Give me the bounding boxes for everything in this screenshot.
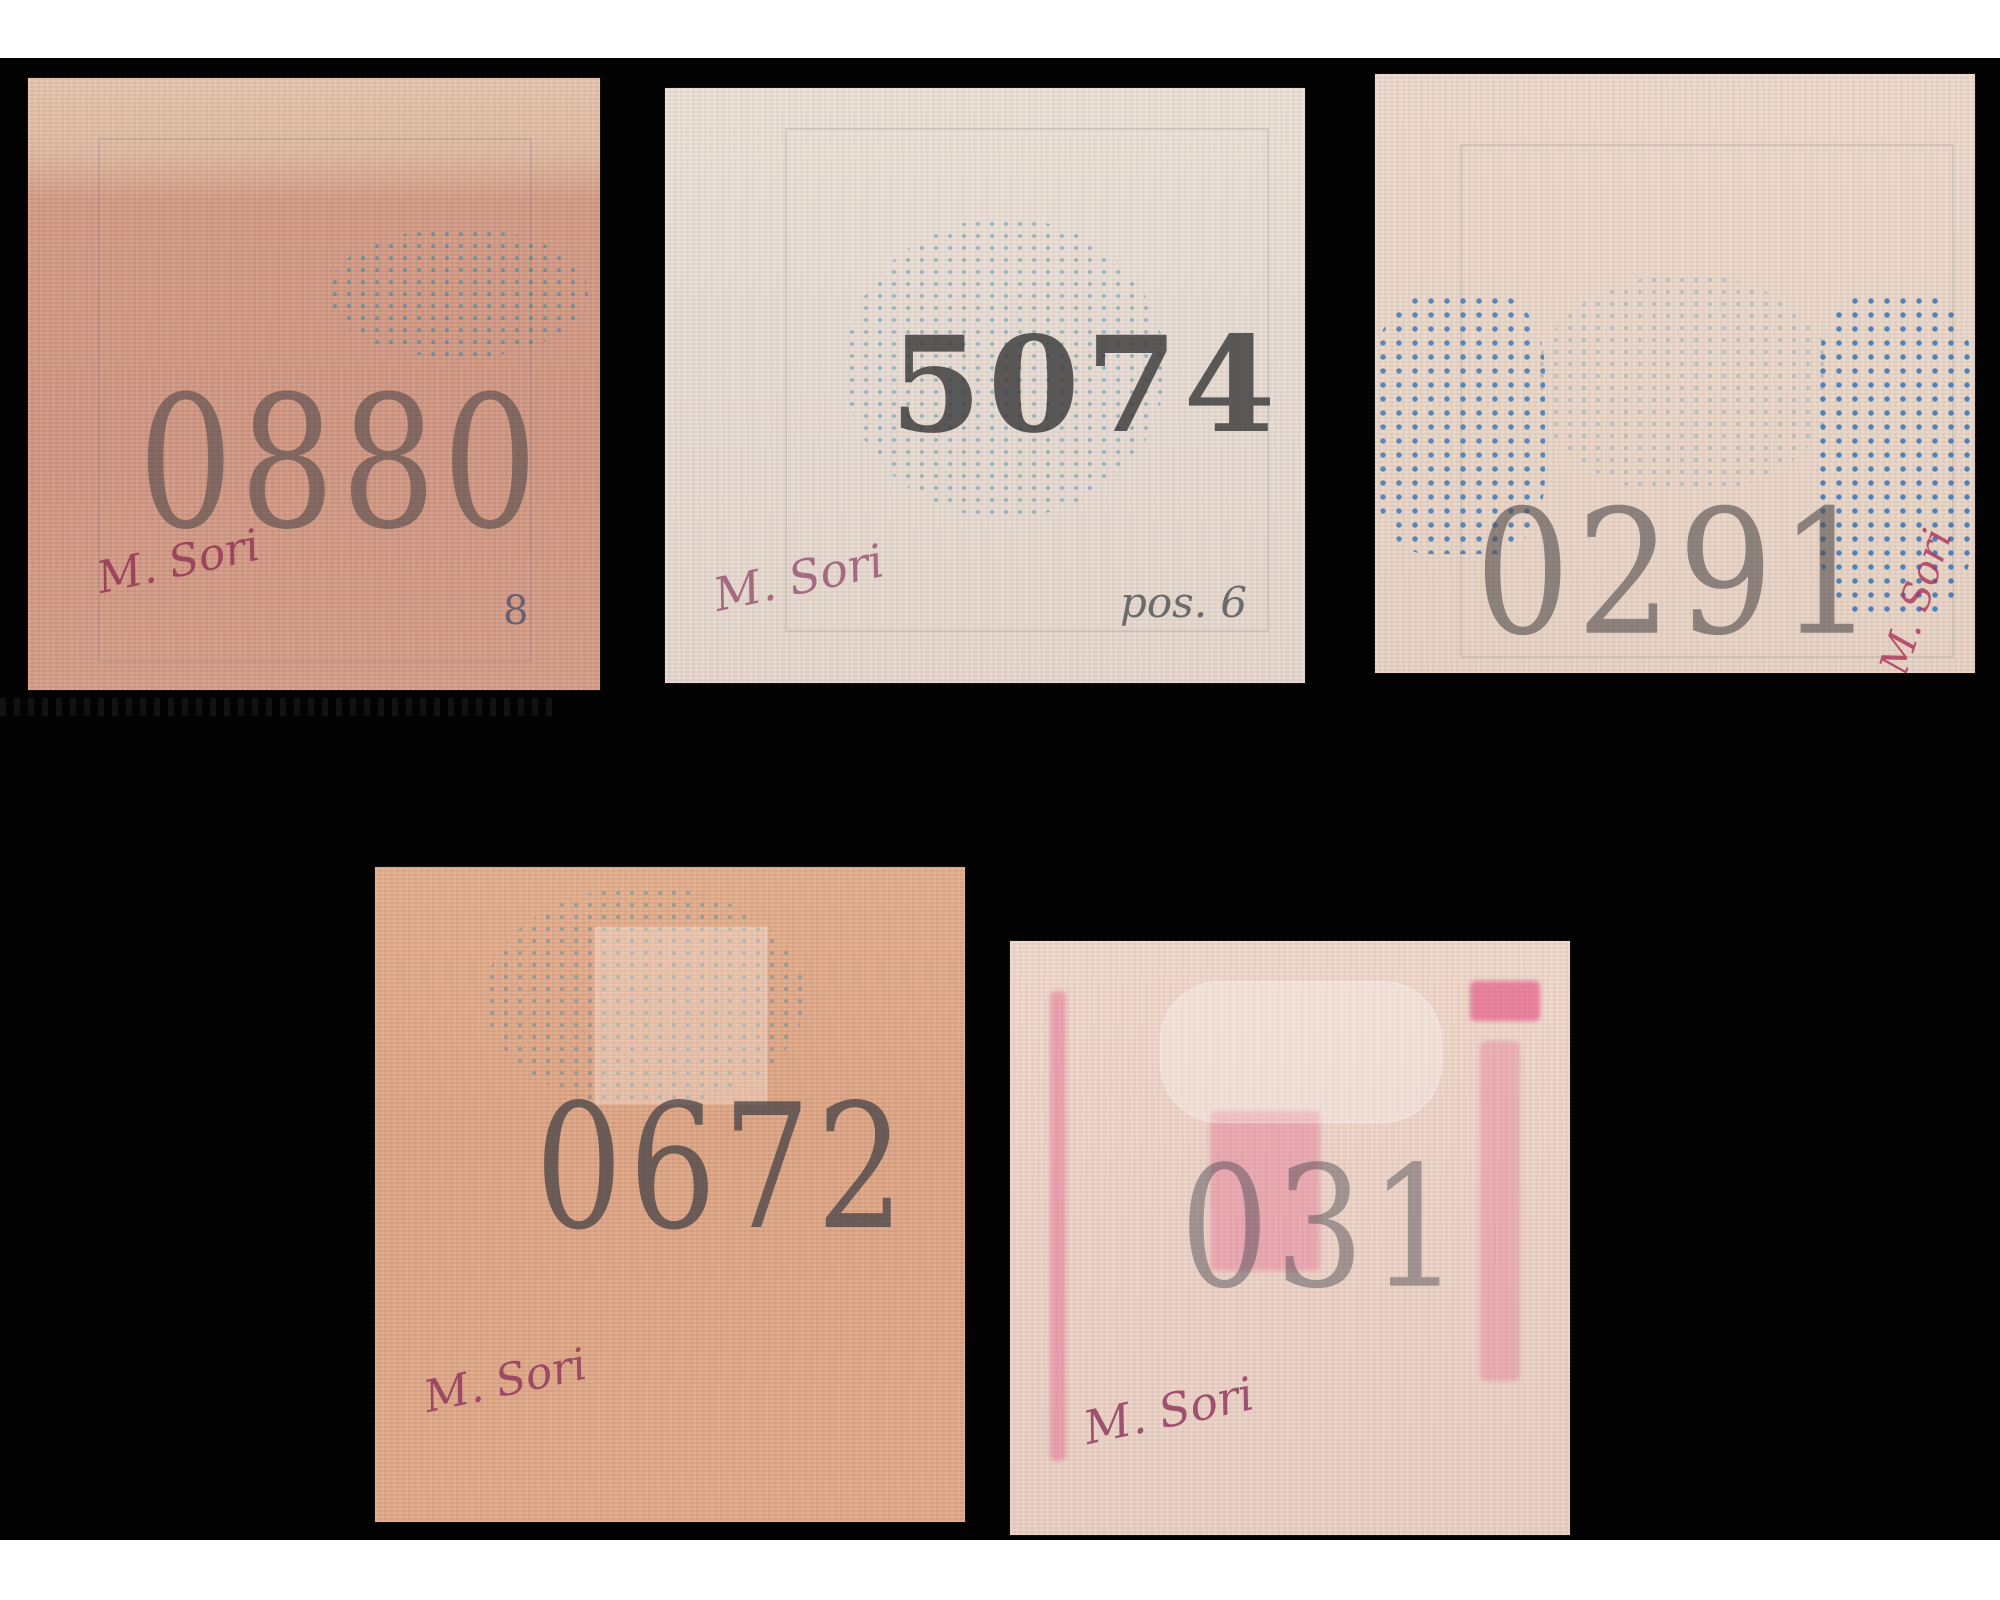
stamp-back-5074: 5074 M. Sori pos. 6 bbox=[665, 88, 1305, 683]
blue-cancel-dots-center bbox=[1535, 274, 1835, 494]
stamp-back-partial-number: 031 M. Sori bbox=[1010, 941, 1570, 1535]
control-number: 5074 bbox=[890, 308, 1281, 463]
stamp-back-0291: 0291 M. Sori bbox=[1375, 74, 1975, 673]
pencil-note: 8 bbox=[503, 588, 528, 634]
control-number: 031 bbox=[1180, 1131, 1465, 1327]
expert-signature: M. Sori bbox=[419, 1339, 591, 1423]
show-through-pink-frame-left bbox=[1050, 991, 1066, 1461]
stamp-back-0880: 0880 M. Sori 8 bbox=[28, 78, 600, 690]
show-through-pink-top-right bbox=[1470, 981, 1540, 1021]
show-through-pink-frame-right bbox=[1480, 1041, 1520, 1381]
control-number: 0291 bbox=[1475, 474, 1881, 673]
pencil-note: pos. 6 bbox=[1120, 578, 1247, 627]
hinge-remnant bbox=[1160, 981, 1442, 1123]
stamp-back-0672: 0672 M. Sori bbox=[375, 867, 965, 1522]
blue-cancel-dots bbox=[328, 228, 588, 358]
expert-signature: M. Sori bbox=[1079, 1366, 1259, 1455]
control-number: 0672 bbox=[535, 1067, 910, 1268]
